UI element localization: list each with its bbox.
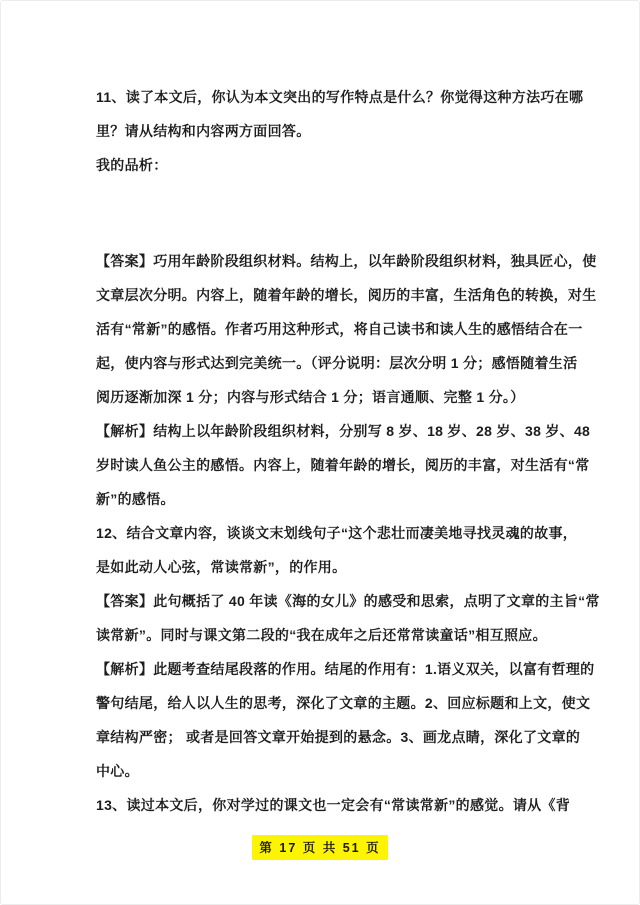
- doc-line: 12、结合文章内容，谈谈文末划线句子“这个悲壮而凄美地寻找灵魂的故事，: [96, 516, 551, 550]
- doc-line: 【解析】结构上以年龄阶段组织材料，分别写 8 岁、18 岁、28 岁、38 岁、…: [96, 414, 551, 448]
- document-page: 11、读了本文后，你认为本文突出的写作特点是什么？你觉得这种方法巧在哪里？请从结…: [96, 80, 551, 822]
- doc-line: 新”的感悟。: [96, 482, 551, 516]
- page-number-badge: 第 17 页 共 51 页: [252, 835, 387, 860]
- doc-line: 警句结尾，给人以人生的思考，深化了文章的主题。2、回应标题和上文，使文: [96, 686, 551, 720]
- analysis-11: 【解析】结构上以年龄阶段组织材料，分别写 8 岁、18 岁、28 岁、38 岁、…: [96, 414, 551, 516]
- doc-line: 起，使内容与形式达到完美统一。（评分说明：层次分明 1 分；感悟随着生活: [96, 346, 551, 380]
- doc-line: 【答案】此句概括了 40 年读《海的女儿》的感受和思索，点明了文章的主旨“常: [96, 584, 551, 618]
- doc-line: 岁时读人鱼公主的感悟。内容上，随着年龄的增长，阅历的丰富，对生活有“常: [96, 448, 551, 482]
- doc-line: 里？请从结构和内容两方面回答。: [96, 114, 551, 148]
- answer-12: 【答案】此句概括了 40 年读《海的女儿》的感受和思索，点明了文章的主旨“常读常…: [96, 584, 551, 652]
- page-footer: 第 17 页 共 51 页: [1, 835, 639, 860]
- doc-line: 是如此动人心弦，常读常新”，的作用。: [96, 550, 551, 584]
- question-13: 13、读过本文后，你对学过的课文也一定会有“常读常新”的感觉。请从《背: [96, 788, 551, 822]
- doc-line: 11、读了本文后，你认为本文突出的写作特点是什么？你觉得这种方法巧在哪: [96, 80, 551, 114]
- doc-line: 13、读过本文后，你对学过的课文也一定会有“常读常新”的感觉。请从《背: [96, 788, 551, 822]
- doc-line: 读常新”。同时与课文第二段的“我在成年之后还常常读童话”相互照应。: [96, 618, 551, 652]
- doc-line: 中心。: [96, 754, 551, 788]
- question-12: 12、结合文章内容，谈谈文末划线句子“这个悲壮而凄美地寻找灵魂的故事，是如此动人…: [96, 516, 551, 584]
- question-11: 11、读了本文后，你认为本文突出的写作特点是什么？你觉得这种方法巧在哪里？请从结…: [96, 80, 551, 148]
- doc-line: 我的品析：: [96, 148, 551, 182]
- doc-line: 【答案】巧用年龄阶段组织材料。结构上，以年龄阶段组织材料，独具匠心，使: [96, 244, 551, 278]
- doc-line: 活有“常新”的感悟。作者巧用这种形式，将自己读书和读人生的感悟结合在一: [96, 312, 551, 346]
- analysis-12: 【解析】此题考查结尾段落的作用。结尾的作用有：1.语义双关，以富有哲理的警句结尾…: [96, 652, 551, 788]
- my-analysis-label: 我的品析：: [96, 148, 551, 182]
- answer-11: 【答案】巧用年龄阶段组织材料。结构上，以年龄阶段组织材料，独具匠心，使文章层次分…: [96, 244, 551, 414]
- doc-line: 阅历逐渐加深 1 分；内容与形式结合 1 分；语言通顺、完整 1 分。）: [96, 380, 551, 414]
- doc-line: 【解析】此题考查结尾段落的作用。结尾的作用有：1.语义双关，以富有哲理的: [96, 652, 551, 686]
- doc-line: 文章层次分明。内容上，随着年龄的增长，阅历的丰富，生活角色的转换，对生: [96, 278, 551, 312]
- doc-line: 章结构严密； 或者是回答文章开始提到的悬念。3、画龙点睛，深化了文章的: [96, 720, 551, 754]
